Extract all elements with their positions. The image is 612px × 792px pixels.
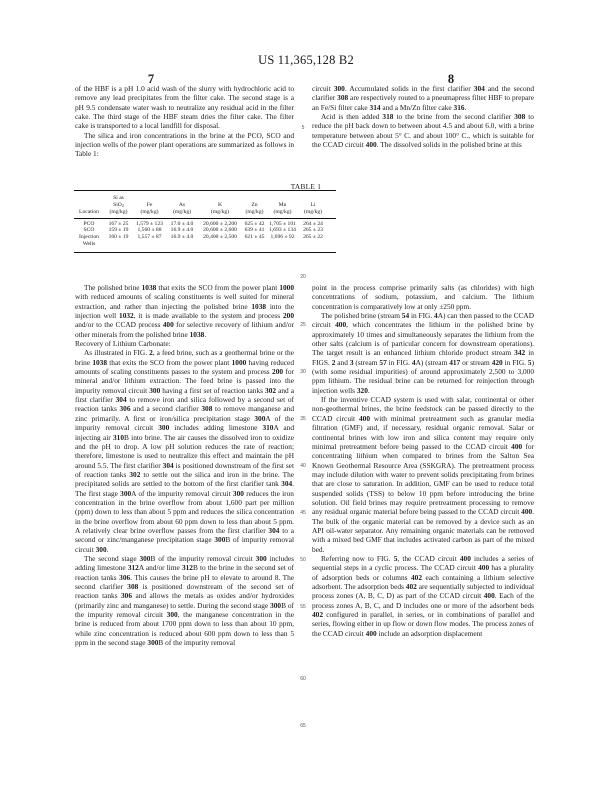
paragraph: point in the process comprise primarily …: [312, 283, 534, 311]
column-header: (mg/kg): [298, 209, 328, 216]
table-row: Injection Wells 160 ± 19 1,557 ± 87 16.9…: [74, 234, 336, 247]
line-number: 65: [296, 723, 310, 729]
left-column-top: of the HBF is a pH 1.0 acid wash of the …: [75, 84, 294, 159]
left-column-bottom: The polished brine 1038 that exits the S…: [75, 283, 294, 647]
right-column-top: circuit 300. Accumulated solids in the f…: [312, 84, 534, 149]
column-header: (mg/kg): [267, 209, 298, 216]
table-1: Si as SiO2 Fe As K Zn Mn Li Location (mg…: [74, 190, 336, 253]
line-number: 5: [296, 125, 310, 131]
table-header: Si as SiO2 Fe As K Zn Mn Li Location (mg…: [74, 191, 336, 219]
line-number: 55: [296, 604, 310, 610]
table-row: SCO 159 ± 19 1,560 ± 88 16.9 ± 4.0 20,60…: [74, 227, 336, 234]
paragraph: As illustrated in FIG. 2, a feed brine, …: [75, 348, 294, 554]
line-number: 60: [296, 676, 310, 682]
paragraph: The polished brine (stream 54 in FIG. 4A…: [312, 311, 534, 395]
paragraph: If the inventive CCAD system is used wit…: [312, 395, 534, 554]
paragraph: The second stage 300B of the impurity re…: [75, 554, 294, 647]
line-number: 20: [296, 274, 310, 280]
line-number: 45: [296, 510, 310, 516]
patent-header: US 11,365,128 B2: [0, 53, 612, 68]
line-number: 30: [296, 369, 310, 375]
column-header: (mg/kg): [104, 209, 133, 216]
column-header: (mg/kg): [198, 209, 242, 216]
paragraph: The silica and iron concentrations in th…: [75, 131, 294, 159]
column-header: Location: [74, 209, 104, 216]
line-number: 40: [296, 463, 310, 469]
line-number: 50: [296, 557, 310, 563]
paragraph: Acid is then added 318 to the brine from…: [312, 112, 534, 149]
right-column-bottom: point in the process comprise primarily …: [312, 283, 534, 638]
section-heading: Recovery of Lithium Carbonate:: [75, 339, 294, 348]
column-header: (mg/kg): [133, 209, 166, 216]
paragraph: The polished brine 1038 that exits the S…: [75, 283, 294, 339]
column-header: (mg/kg): [166, 209, 198, 216]
table-row: PCO 167 ± 25 1,579 ± 123 17.0 ± 4.0 20,6…: [74, 221, 336, 228]
paragraph: Referring now to FIG. 5, the CCAD circui…: [312, 554, 534, 638]
line-number: 35: [296, 416, 310, 422]
paragraph: of the HBF is a pH 1.0 acid wash of the …: [75, 84, 294, 131]
column-header: (mg/kg): [242, 209, 267, 216]
line-number: 25: [296, 322, 310, 328]
table-body: PCO 167 ± 25 1,579 ± 123 17.0 ± 4.0 20,6…: [74, 219, 336, 253]
paragraph: circuit 300. Accumulated solids in the f…: [312, 84, 534, 112]
